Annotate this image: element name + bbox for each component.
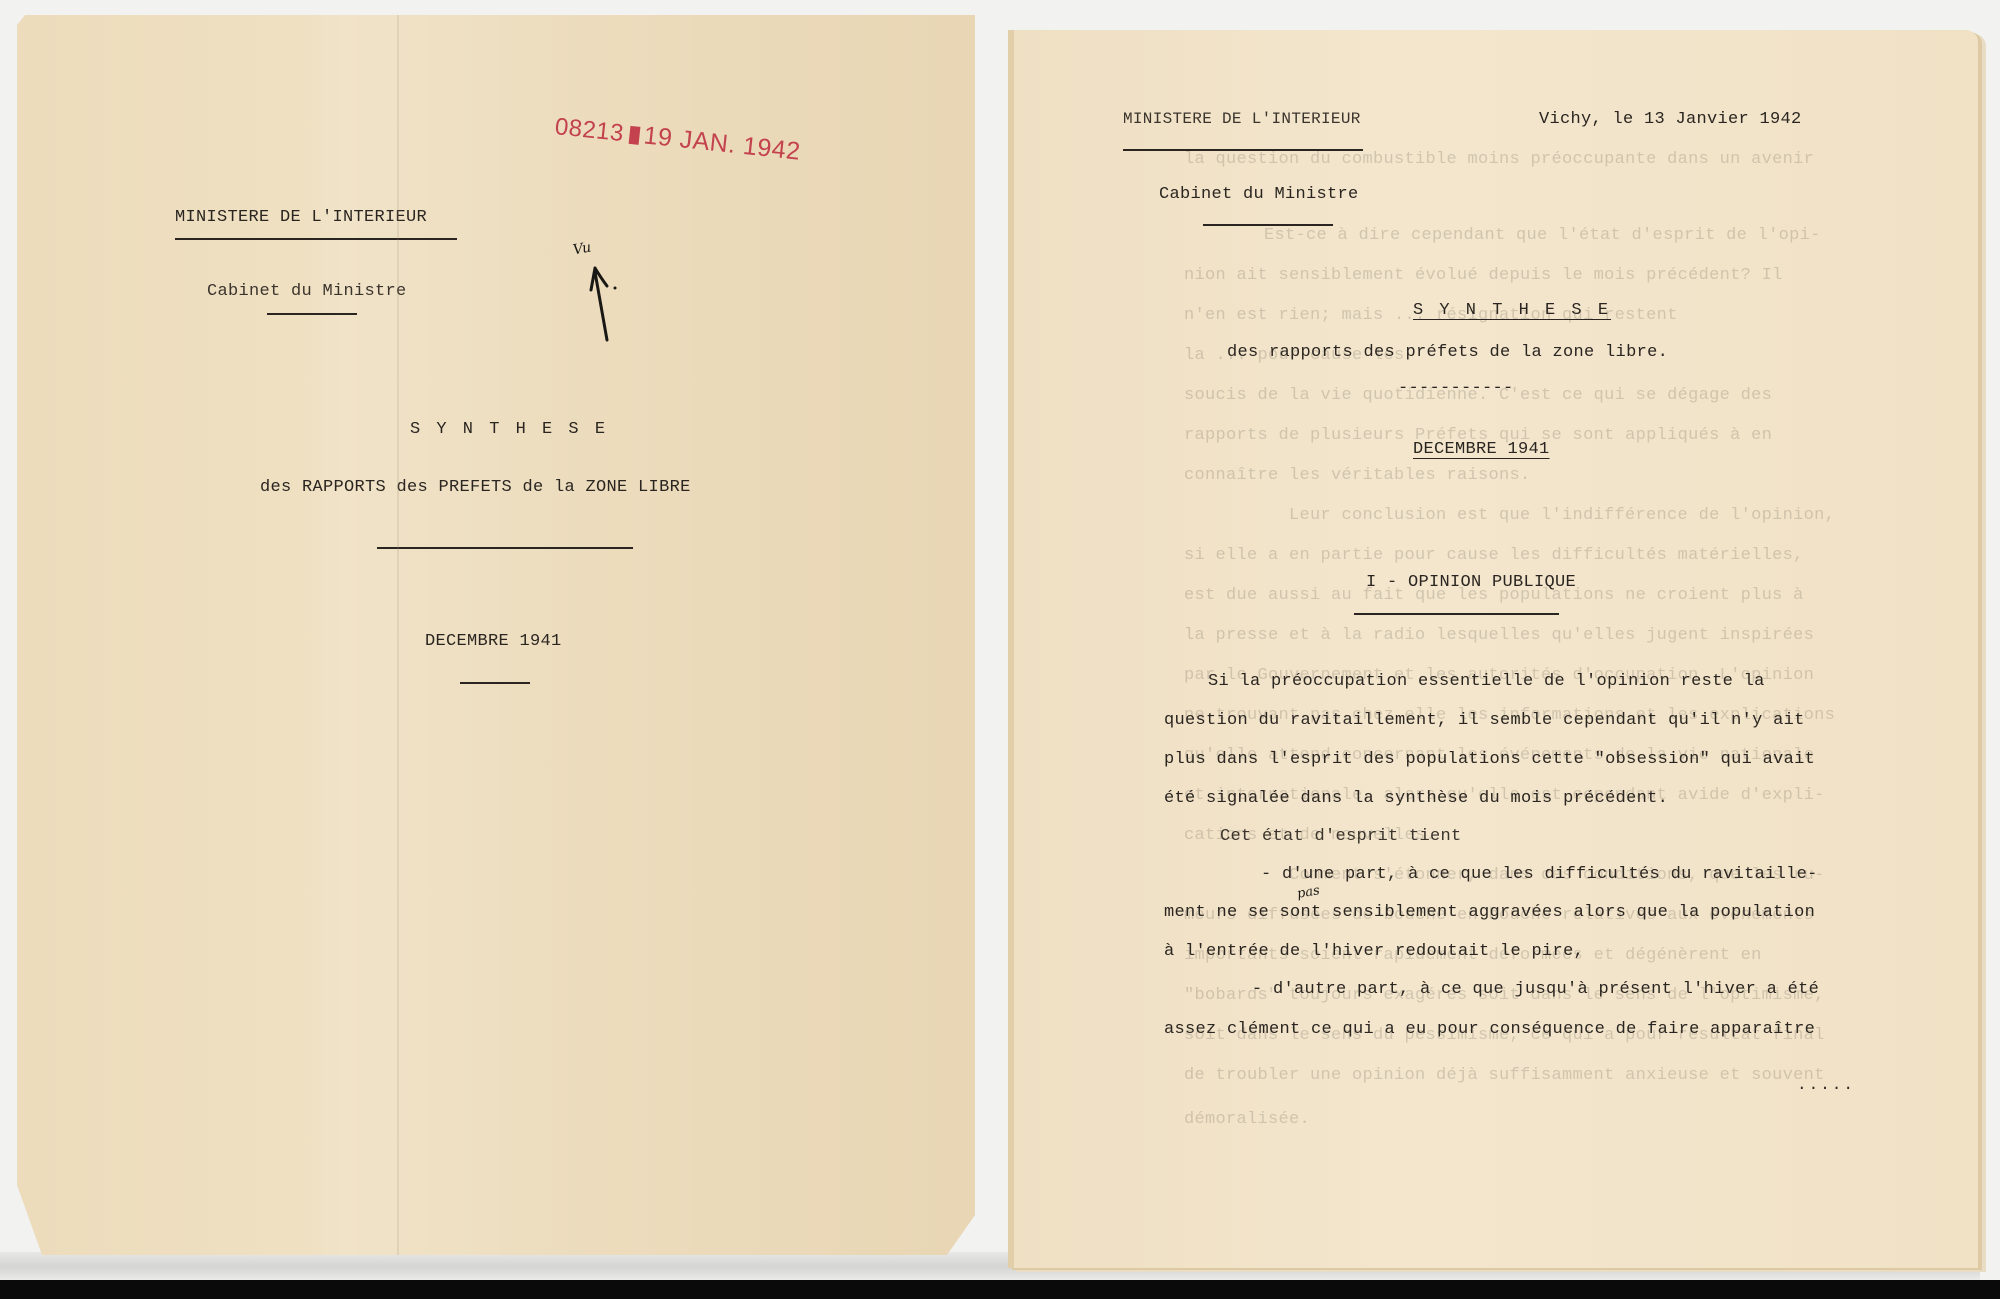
- section-underline: [1354, 613, 1559, 615]
- bleed-line: de troubler une opinion déjà suffisammen…: [1184, 1066, 1825, 1085]
- cabinet-rule: [1203, 224, 1333, 226]
- report-period: DECEMBRE 1941: [1413, 440, 1550, 459]
- section-heading: I - OPINION PUBLIQUE: [1366, 573, 1576, 592]
- continuation-marker: .....: [1797, 1076, 1855, 1094]
- body-line: - d'autre part, à ce que jusqu'à présent…: [1252, 980, 1819, 999]
- cabinet-rule: [267, 313, 357, 315]
- handwritten-arrow-icon: [573, 260, 633, 360]
- stamp-number: 08213: [554, 113, 626, 147]
- bleed-line: la presse et à la radio lesquelles qu'el…: [1184, 626, 1814, 645]
- report-title: S Y N T H E S E: [1413, 301, 1611, 320]
- handwritten-note: Vu: [572, 240, 593, 259]
- cabinet-label: Cabinet du Ministre: [207, 282, 407, 301]
- stamp-date: 19 JAN. 1942: [642, 121, 802, 165]
- body-line: assez clément ce qui a eu pour conséquen…: [1164, 1020, 1815, 1039]
- body-line: - d'une part, à ce que les difficultés d…: [1261, 865, 1818, 884]
- cover-subtitle: des RAPPORTS des PREFETS de la ZONE LIBR…: [260, 478, 691, 497]
- bleed-line: Leur conclusion est que l'indifférence d…: [1289, 506, 1835, 525]
- body-line: Si la préoccupation essentielle de l'opi…: [1208, 672, 1765, 691]
- bleed-line: nion ait sensiblement évolué depuis le m…: [1184, 266, 1783, 285]
- stamp-seal-icon: [629, 126, 641, 145]
- ministry-heading: MINISTERE DE L'INTERIEUR: [175, 208, 427, 227]
- body-line: à l'entrée de l'hiver redoutait le pire,: [1164, 942, 1584, 961]
- cover-date: DECEMBRE 1941: [425, 632, 562, 651]
- bleed-line: connaître les véritables raisons.: [1184, 466, 1531, 485]
- body-line: été signalée dans la synthèse du mois pr…: [1164, 789, 1668, 808]
- cabinet-label: Cabinet du Ministre: [1159, 185, 1359, 204]
- ministry-heading: MINISTERE DE L'INTERIEUR: [1123, 110, 1361, 128]
- registry-stamp: 0821319 JAN. 1942: [553, 112, 801, 167]
- bleed-line: démoralisée.: [1184, 1110, 1310, 1129]
- body-line: ment ne se sont sensiblement aggravées a…: [1164, 903, 1815, 922]
- place-date: Vichy, le 13 Janvier 1942: [1539, 110, 1802, 129]
- cover-title: S Y N T H E S E: [410, 420, 608, 439]
- body-line: plus dans l'esprit des populations cette…: [1164, 750, 1815, 769]
- handwritten-insert: pas: [1296, 883, 1321, 902]
- cover-divider: [377, 547, 633, 549]
- body-line: Cet état d'esprit tient: [1220, 827, 1462, 846]
- cover-date-rule: [460, 682, 530, 684]
- bleed-line: Est-ce à dire cependant que l'état d'esp…: [1264, 226, 1821, 245]
- bleed-line: si elle a en partie pour cause les diffi…: [1184, 546, 1804, 565]
- bleed-line: la question du combustible moins préoccu…: [1184, 150, 1814, 169]
- scanner-edge: [0, 1280, 2000, 1299]
- report-page: la question du combustible moins préoccu…: [1008, 30, 1978, 1268]
- title-dashes: -----------: [1398, 379, 1514, 398]
- body-line: question du ravitaillement, il semble ce…: [1164, 711, 1805, 730]
- cover-page: MINISTERE DE L'INTERIEUR Cabinet du Mini…: [17, 15, 975, 1255]
- ministry-underline: [175, 238, 457, 240]
- ministry-underline: [1123, 149, 1363, 151]
- report-subtitle: des rapports des préfets de la zone libr…: [1227, 343, 1668, 362]
